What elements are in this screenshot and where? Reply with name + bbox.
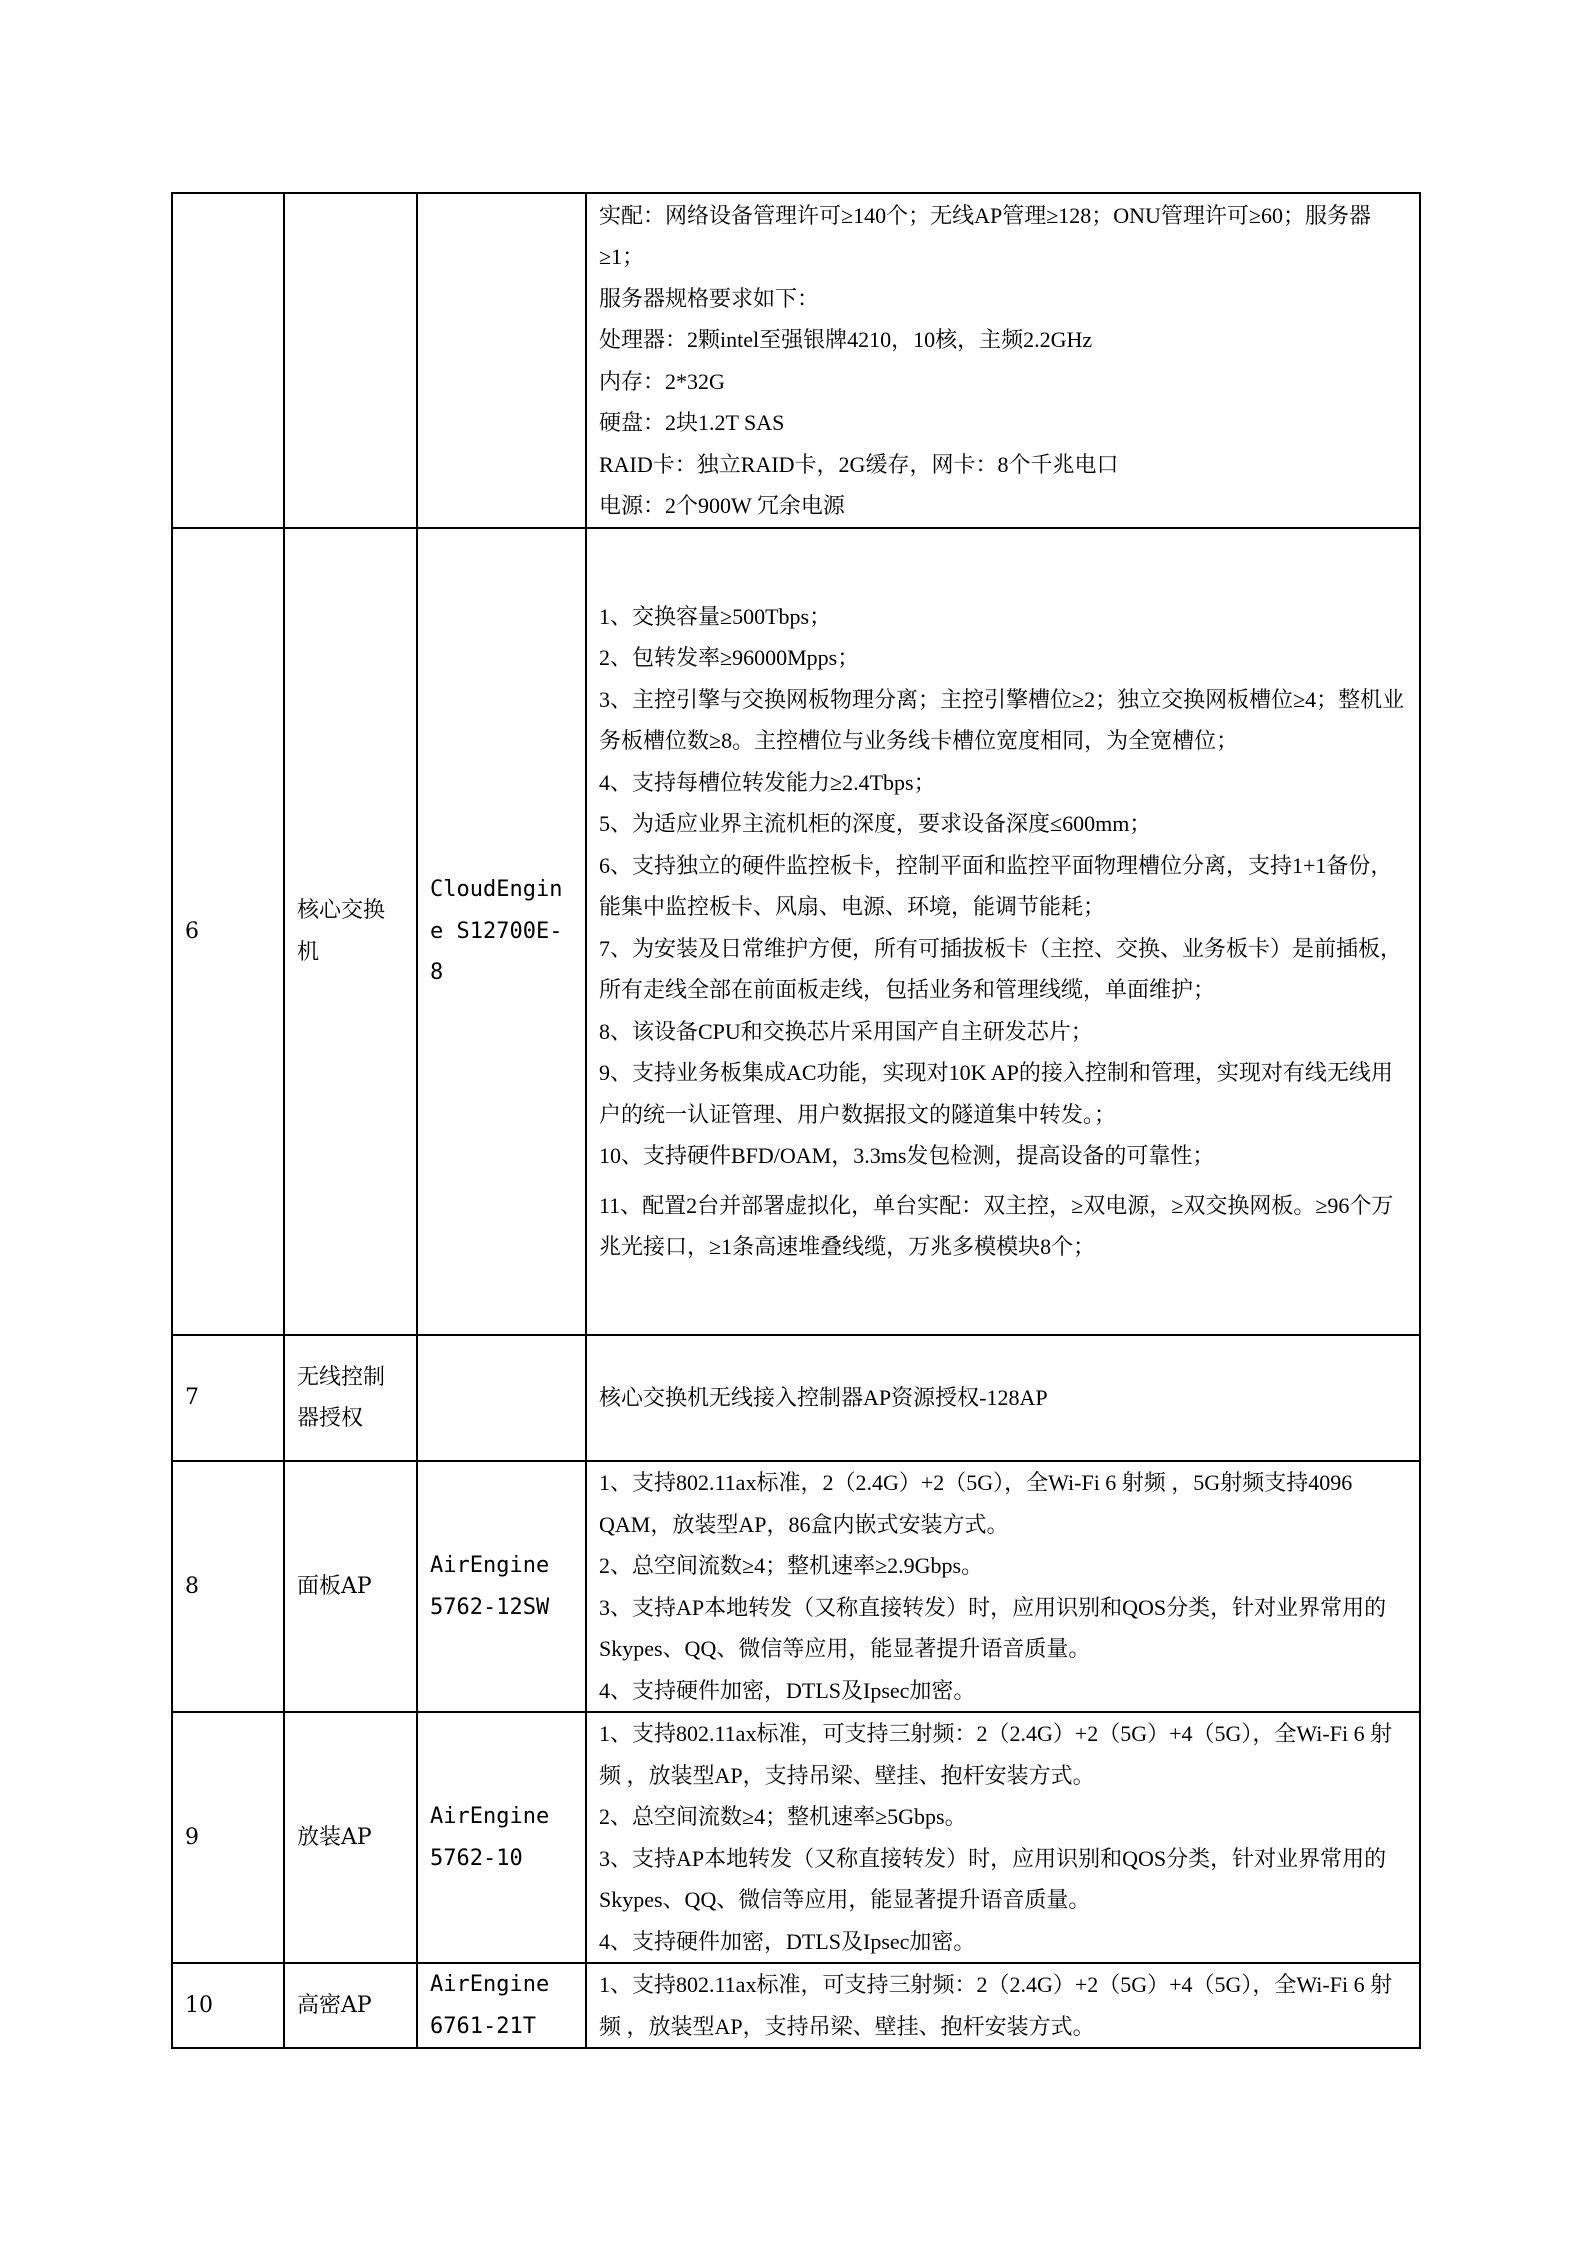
- spec-line: 电源：2个900W 冗余电源: [599, 485, 1407, 527]
- spec-line: 8、该设备CPU和交换芯片采用国产自主研发芯片；: [599, 1011, 1407, 1053]
- spec-line: 核心交换机无线接入控制器AP资源授权-128AP: [599, 1377, 1407, 1419]
- spec-line: 1、支持802.11ax标准，2（2.4G）+2（5G），全Wi-Fi 6 射频…: [599, 1462, 1407, 1545]
- item-model: CloudEngine S12700E-8: [417, 528, 586, 1335]
- item-number: [172, 193, 284, 528]
- spec-line: 1、交换容量≥500Tbps；: [599, 596, 1407, 638]
- item-spec: 1、交换容量≥500Tbps； 2、包转发率≥96000Mpps； 3、主控引擎…: [586, 528, 1420, 1335]
- item-spec: 1、支持802.11ax标准，2（2.4G）+2（5G），全Wi-Fi 6 射频…: [586, 1461, 1420, 1712]
- item-name: 高密AP: [284, 1963, 417, 2048]
- item-spec: 1、支持802.11ax标准，可支持三射频：2（2.4G）+2（5G）+4（5G…: [586, 1712, 1420, 1963]
- spec-line: 1、支持802.11ax标准，可支持三射频：2（2.4G）+2（5G）+4（5G…: [599, 1964, 1407, 2047]
- table-row: 实配：网络设备管理许可≥140个；无线AP管理≥128；ONU管理许可≥60；服…: [172, 193, 1420, 528]
- spec-line: 9、支持业务板集成AC功能，实现对10K AP的接入控制和管理，实现对有线无线用…: [599, 1052, 1407, 1135]
- item-spec: 1、支持802.11ax标准，可支持三射频：2（2.4G）+2（5G）+4（5G…: [586, 1963, 1420, 2048]
- spec-line: 7、为安装及日常维护方便，所有可插拔板卡（主控、交换、业务板卡）是前插板，所有走…: [599, 928, 1407, 1011]
- spec-line: 3、主控引擎与交换网板物理分离；主控引擎槽位≥2；独立交换网板槽位≥4；整机业务…: [599, 679, 1407, 762]
- spec-line: 4、支持硬件加密，DTLS及Ipsec加密。: [599, 1921, 1407, 1963]
- spec-line: 内存：2*32G: [599, 361, 1407, 403]
- spec-line: 服务器规格要求如下：: [599, 278, 1407, 320]
- spec-line: RAID卡：独立RAID卡，2G缓存，网卡：8个千兆电口: [599, 444, 1407, 486]
- spec-line: 2、包转发率≥96000Mpps；: [599, 637, 1407, 679]
- spec-line: 3、支持AP本地转发（又称直接转发）时，应用识别和QOS分类，针对业界常用的Sk…: [599, 1587, 1407, 1670]
- spec-line: 3、支持AP本地转发（又称直接转发）时，应用识别和QOS分类，针对业界常用的Sk…: [599, 1838, 1407, 1921]
- item-number: 9: [172, 1712, 284, 1963]
- item-model: [417, 193, 586, 528]
- item-model: AirEngine 6761-21T: [417, 1963, 586, 2048]
- equipment-spec-table: 实配：网络设备管理许可≥140个；无线AP管理≥128；ONU管理许可≥60；服…: [171, 192, 1421, 2049]
- spec-line: 4、支持硬件加密，DTLS及Ipsec加密。: [599, 1670, 1407, 1712]
- spec-line: 2、总空间流数≥4；整机速率≥2.9Gbps。: [599, 1545, 1407, 1587]
- table-row: 8 面板AP AirEngine 5762-12SW 1、支持802.11ax标…: [172, 1461, 1420, 1712]
- item-name: 核心交换机: [284, 528, 417, 1335]
- document-page: 实配：网络设备管理许可≥140个；无线AP管理≥128；ONU管理许可≥60；服…: [0, 0, 1587, 2245]
- item-number: 10: [172, 1963, 284, 2048]
- table-row: 6 核心交换机 CloudEngine S12700E-8 1、交换容量≥500…: [172, 528, 1420, 1335]
- spec-line: 4、支持每槽位转发能力≥2.4Tbps；: [599, 762, 1407, 804]
- item-spec: 实配：网络设备管理许可≥140个；无线AP管理≥128；ONU管理许可≥60；服…: [586, 193, 1420, 528]
- item-spec: 核心交换机无线接入控制器AP资源授权-128AP: [586, 1335, 1420, 1461]
- item-number: 6: [172, 528, 284, 1335]
- item-name: 无线控制器授权: [284, 1335, 417, 1461]
- spec-line: 5、为适应业界主流机柜的深度，要求设备深度≤600mm；: [599, 803, 1407, 845]
- spec-line: 10、支持硬件BFD/OAM，3.3ms发包检测，提高设备的可靠性；: [599, 1135, 1407, 1177]
- item-model: AirEngine 5762-10: [417, 1712, 586, 1963]
- spec-line: 2、总空间流数≥4；整机速率≥5Gbps。: [599, 1796, 1407, 1838]
- item-name: 面板AP: [284, 1461, 417, 1712]
- item-model: [417, 1335, 586, 1461]
- item-name: [284, 193, 417, 528]
- spec-line: 11、配置2台并部署虚拟化，单台实配：双主控，≥双电源，≥双交换网板。≥96个万…: [599, 1185, 1407, 1268]
- spec-line: 硬盘：2块1.2T SAS: [599, 402, 1407, 444]
- item-name: 放装AP: [284, 1712, 417, 1963]
- spec-line: 实配：网络设备管理许可≥140个；无线AP管理≥128；ONU管理许可≥60；服…: [599, 195, 1407, 278]
- table-row: 9 放装AP AirEngine 5762-10 1、支持802.11ax标准，…: [172, 1712, 1420, 1963]
- spec-line: 处理器：2颗intel至强银牌4210，10核，主频2.2GHz: [599, 319, 1407, 361]
- item-number: 8: [172, 1461, 284, 1712]
- item-model: AirEngine 5762-12SW: [417, 1461, 586, 1712]
- spacer: [599, 1177, 1407, 1185]
- table-row: 7 无线控制器授权 核心交换机无线接入控制器AP资源授权-128AP: [172, 1335, 1420, 1461]
- spec-line: 1、支持802.11ax标准，可支持三射频：2（2.4G）+2（5G）+4（5G…: [599, 1713, 1407, 1796]
- spec-line: 6、支持独立的硬件监控板卡，控制平面和监控平面物理槽位分离，支持1+1备份，能集…: [599, 845, 1407, 928]
- table-row: 10 高密AP AirEngine 6761-21T 1、支持802.11ax标…: [172, 1963, 1420, 2048]
- item-number: 7: [172, 1335, 284, 1461]
